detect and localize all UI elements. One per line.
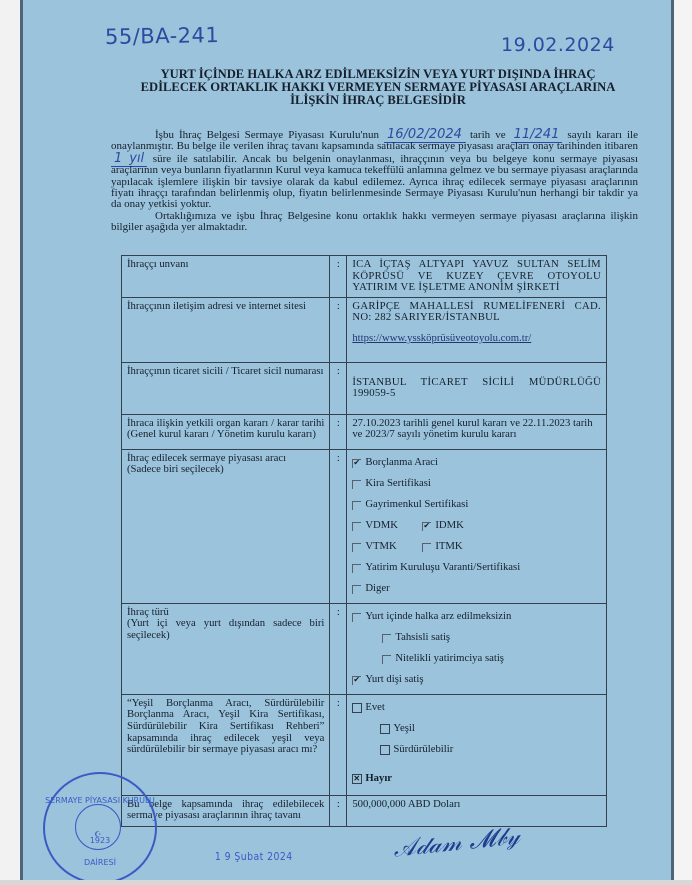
option-domestic[interactable]: Yurt içinde halka arz edilmeksizin <box>352 607 601 628</box>
checkbox-icon[interactable] <box>352 459 361 468</box>
stamp-date: 1 9 Şubat 2024 <box>215 850 293 863</box>
checkbox-icon[interactable] <box>352 501 361 510</box>
checkbox-icon[interactable] <box>352 676 361 685</box>
option-gayrimenkul[interactable]: Gayrimenkul Sertifikasi <box>352 495 601 516</box>
resolution-label: İhraca ilişkin yetkili organ kararı / ka… <box>122 414 330 449</box>
checkbox-icon[interactable] <box>352 543 361 552</box>
option-vdmk[interactable]: VDMK <box>352 516 422 537</box>
option-abroad[interactable]: Yurt dişi satiş <box>352 670 601 691</box>
paragraph-1: İşbu İhraç Belgesi Sermaye Piyasası Kuru… <box>111 129 638 211</box>
stamp-year: 1923 <box>45 836 155 845</box>
scanned-document-page: 55/BA-241 19.02.2024 YURT İÇİNDE HALKA A… <box>23 0 671 880</box>
option-kira[interactable]: Kira Sertifikasi <box>352 474 601 495</box>
table-row: İhraççının ticaret sicili / Ticaret sici… <box>122 362 607 414</box>
paragraph-2: Ortaklığımıza ve işbu İhraç Belgesine ko… <box>111 211 638 234</box>
checkbox-icon[interactable] <box>352 585 361 594</box>
issue-type-sublabel: (Yurt içi veya yurt dışından sadece biri… <box>127 618 324 641</box>
table-row: İhraççının iletişim adresi ve internet s… <box>122 297 607 362</box>
checkbox-icon[interactable] <box>380 724 390 734</box>
viewer-margin-left <box>0 0 20 880</box>
table-row: İhraç türü (Yurt içi veya yurt dışından … <box>122 603 607 694</box>
checkbox-icon[interactable] <box>352 564 361 573</box>
option-itmk[interactable]: ITMK <box>422 537 492 558</box>
option-surdurulebilir[interactable]: Sürdürülebilir <box>352 740 601 761</box>
contact-address: GARİPÇE MAHALLESİ RUMELİFENERİ CAD. NO: … <box>352 301 601 324</box>
viewer-margin-bottom <box>0 880 692 885</box>
table-row: İhraç edilecek sermaye piyasası aracı (S… <box>122 449 607 603</box>
checkbox-x-icon[interactable] <box>352 774 362 784</box>
contact-label: İhraççının iletişim adresi ve internet s… <box>122 297 330 362</box>
option-varant[interactable]: Yatirim Kuruluşu Varanti/Sertifikasi <box>352 558 601 579</box>
checkbox-icon[interactable] <box>352 613 361 622</box>
official-seal-stamp: SERMAYE PİYASASI KURULU ☪ 1923 DAİRESİ <box>43 772 157 880</box>
handwritten-reference-number: 55/BA-241 <box>105 23 220 49</box>
stamp-bottom-text: DAİRESİ <box>45 858 155 867</box>
checkbox-icon[interactable] <box>352 703 362 713</box>
document-title: YURT İÇİNDE HALKA ARZ EDİLMEKSİZİN VEYA … <box>118 68 638 107</box>
green-question-label: “Yeşil Borçlanma Aracı, Sürdürülebilir B… <box>122 694 330 795</box>
ceiling-value: 500,000,000 ABD Doları <box>347 795 607 826</box>
checkbox-icon[interactable] <box>352 480 361 489</box>
page-edge-right <box>671 0 674 880</box>
contact-website-link[interactable]: https://www.yssköprüsüveotoyolu.com.tr/ <box>352 333 601 345</box>
issuer-title-label: İhraççı unvanı <box>122 256 330 298</box>
option-borclanma[interactable]: Borçlanma Araci <box>352 453 601 474</box>
option-diger[interactable]: Diger <box>352 579 601 600</box>
option-idmk[interactable]: IDMK <box>422 516 492 537</box>
issuer-title-value: ICA İÇTAŞ ALTYAPI YAVUZ SULTAN SELİM KÖP… <box>347 256 607 298</box>
registry-label: İhraççının ticaret sicili / Ticaret sici… <box>122 362 330 414</box>
table-row: İhraca ilişkin yetkili organ kararı / ka… <box>122 414 607 449</box>
signature: 𝒜𝒹𝒶𝓂 𝓜𝒷𝓎 <box>392 821 521 862</box>
resolution-value: 27.10.2023 tarihli genel kurul kararı ve… <box>347 414 607 449</box>
issuance-info-table: İhraççı unvanı : ICA İÇTAŞ ALTYAPI YAVUZ… <box>121 255 607 827</box>
option-private-placement[interactable]: Tahsisli satiş <box>352 628 601 649</box>
table-row: “Yeşil Borçlanma Aracı, Sürdürülebilir B… <box>122 694 607 795</box>
title-line-3: İLİŞKİN İHRAÇ BELGESİDİR <box>118 94 638 107</box>
option-yesil[interactable]: Yeşil <box>352 719 601 740</box>
option-evet[interactable]: Evet <box>352 698 601 719</box>
option-vtmk[interactable]: VTMK <box>352 537 422 558</box>
option-hayir[interactable]: Hayır <box>352 769 601 790</box>
registry-value: İSTANBUL TİCARET SİCİLİ MÜDÜRLÜĞÜ 199059… <box>347 362 607 414</box>
checkbox-icon[interactable] <box>422 543 431 552</box>
table-row: İhraççı unvanı : ICA İÇTAŞ ALTYAPI YAVUZ… <box>122 256 607 298</box>
checkbox-icon[interactable] <box>382 655 391 664</box>
option-qualified-investor[interactable]: Nitelikli yatirimciya satiş <box>352 649 601 670</box>
checkbox-icon[interactable] <box>422 522 431 531</box>
instrument-sublabel: (Sadece biri seçilecek) <box>127 464 324 476</box>
checkbox-icon[interactable] <box>380 745 390 755</box>
checkbox-icon[interactable] <box>382 634 391 643</box>
intro-text: İşbu İhraç Belgesi Sermaye Piyasası Kuru… <box>111 129 638 234</box>
checkbox-icon[interactable] <box>352 522 361 531</box>
table-row: Bu belge kapsamında ihraç edilebilecek s… <box>122 795 607 826</box>
handwritten-date: 19.02.2024 <box>501 34 615 56</box>
